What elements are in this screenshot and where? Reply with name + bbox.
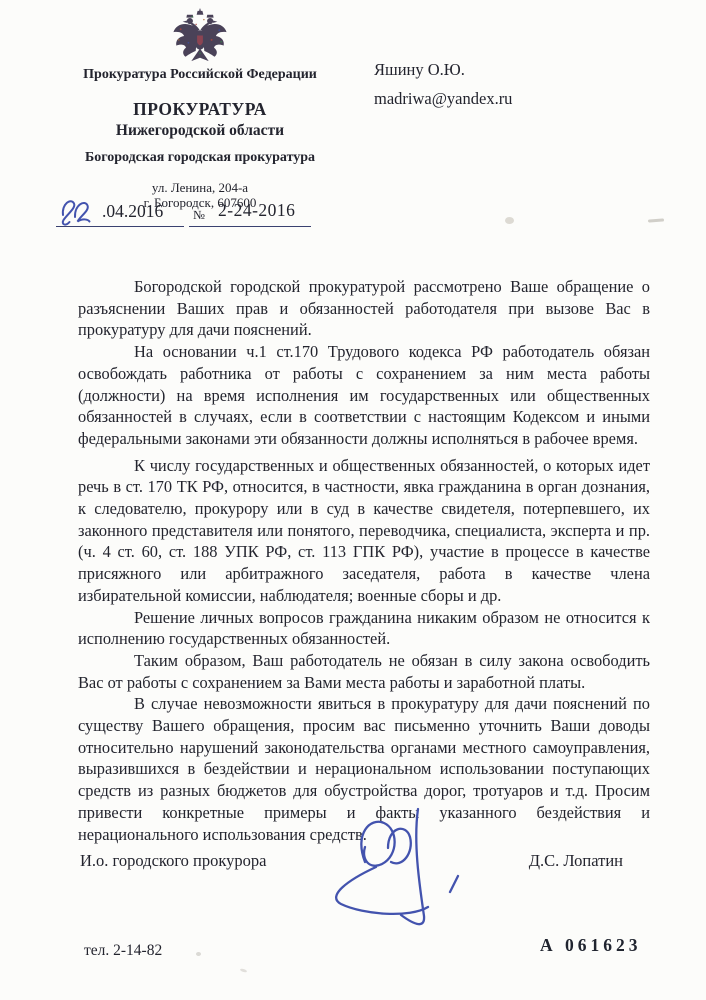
paragraph-law-basis: На основании ч.1 ст.170 Трудового кодекс… bbox=[78, 341, 650, 450]
paragraph-conclusion: Таким образом, Ваш работодатель не обяза… bbox=[78, 650, 650, 693]
scanned-letter-page: Прокуратура Российской Федерации ПРОКУРА… bbox=[0, 0, 706, 1000]
date-and-number-line: .04.2016 № 2-24-2016 bbox=[56, 194, 326, 232]
handwritten-signature bbox=[318, 804, 470, 944]
letterhead-address-street: ул. Ленина, 204-а bbox=[52, 180, 348, 195]
letter-body: Богородской городской прокуратурой рассм… bbox=[78, 276, 650, 845]
document-number: 2-24-2016 bbox=[218, 200, 295, 221]
handwritten-day-ink bbox=[58, 194, 98, 228]
scan-speck bbox=[505, 217, 514, 224]
number-sign: № bbox=[193, 208, 205, 223]
russian-coat-of-arms-icon bbox=[169, 8, 231, 64]
letterhead-federation: Прокуратура Российской Федерации bbox=[52, 67, 348, 83]
contact-phone: тел. 2-14-82 bbox=[84, 942, 162, 960]
form-serial-number: А 061623 bbox=[540, 935, 642, 956]
date-month-year: .04.2016 bbox=[102, 201, 163, 222]
paragraph-duties-list: К числу государственных и общественных о… bbox=[78, 455, 650, 607]
addressee-block: Яшину О.Ю. madriwa@yandex.ru bbox=[374, 60, 512, 108]
signer-name: Д.С. Лопатин bbox=[529, 851, 623, 871]
letterhead: Прокуратура Российской Федерации ПРОКУРА… bbox=[52, 8, 348, 210]
date-underline bbox=[56, 226, 184, 227]
addressee-email: madriwa@yandex.ru bbox=[374, 89, 512, 108]
number-underline bbox=[189, 226, 311, 227]
scan-speck bbox=[240, 968, 248, 973]
signer-position: И.о. городского прокурора bbox=[80, 851, 267, 871]
scan-speck bbox=[196, 952, 201, 956]
letterhead-region: Нижегородской области bbox=[52, 122, 348, 140]
addressee-name: Яшину О.Ю. bbox=[374, 60, 512, 79]
scan-speck bbox=[648, 218, 664, 222]
letterhead-title: ПРОКУРАТУРА bbox=[52, 100, 348, 119]
paragraph-personal-matters: Решение личных вопросов гражданина никак… bbox=[78, 607, 650, 650]
paragraph-intro: Богородской городской прокуратурой рассм… bbox=[78, 276, 650, 341]
letterhead-office: Богородская городская прокуратура bbox=[52, 150, 348, 166]
